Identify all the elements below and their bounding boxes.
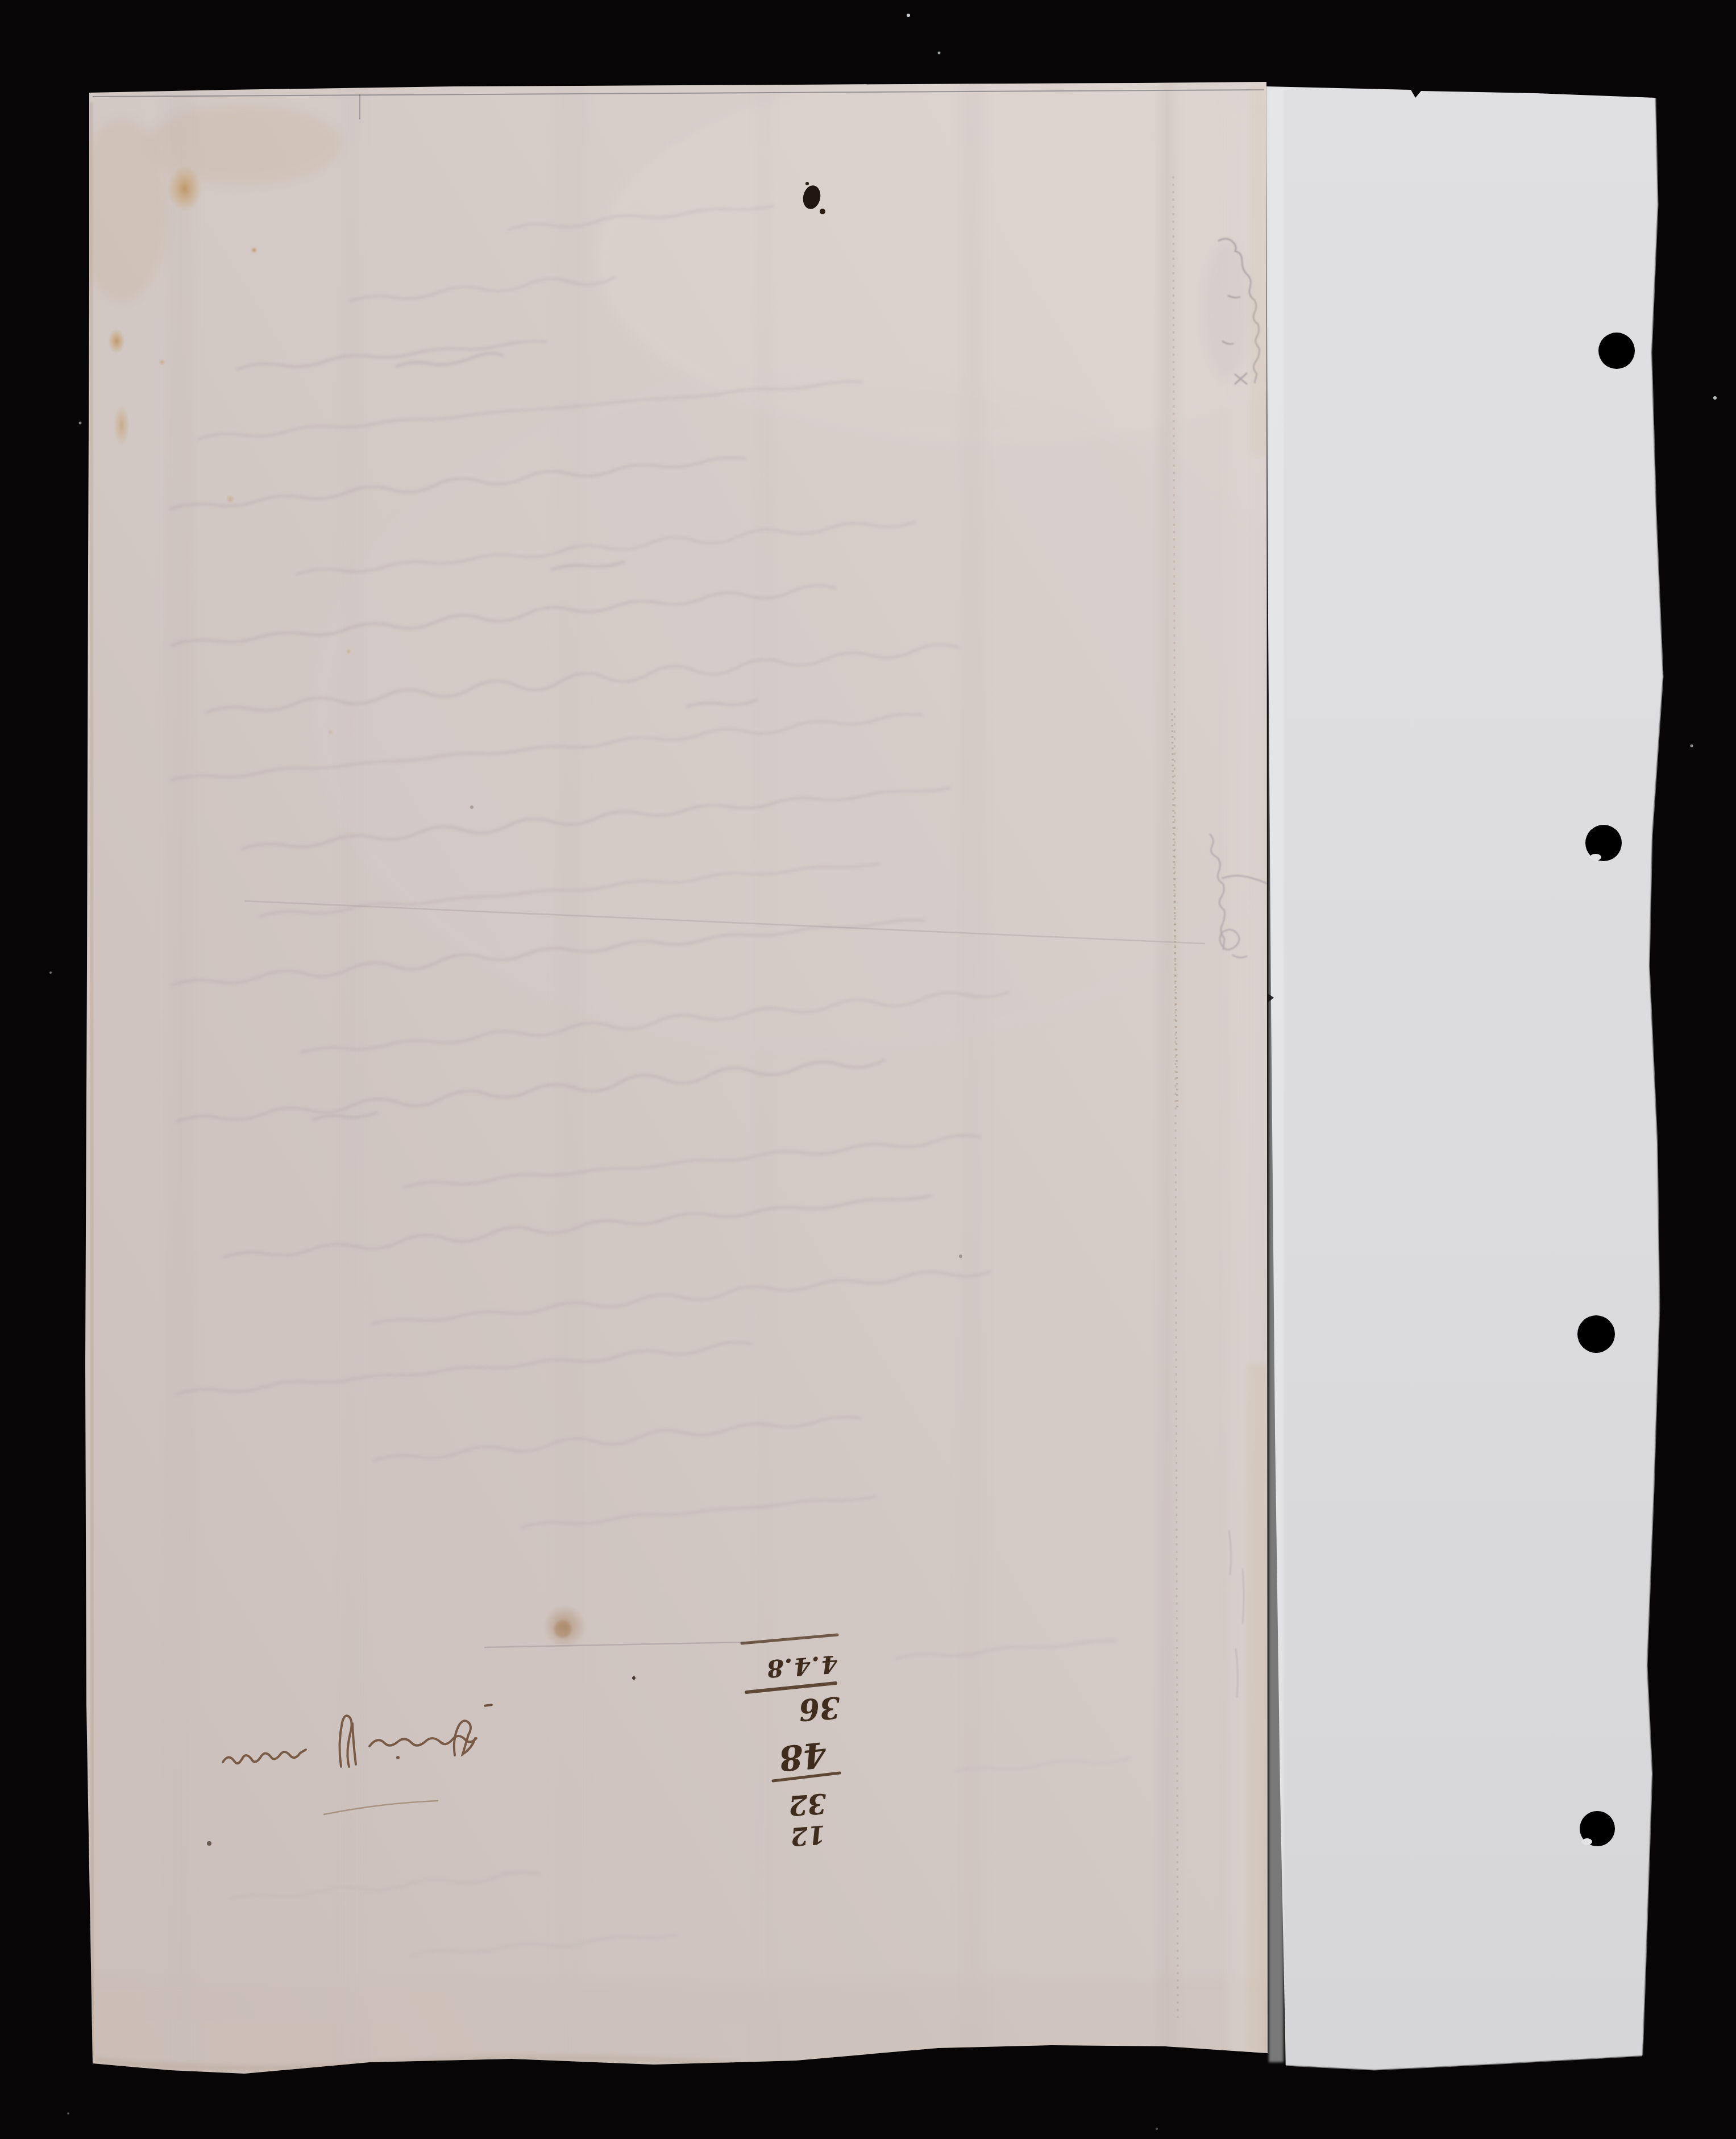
arithmetic-value: 32 (787, 1787, 828, 1822)
arithmetic-total: 4.4.8 (765, 1650, 839, 1683)
punch-hole-3 (1577, 1315, 1615, 1353)
manuscript-page (77, 68, 1393, 2080)
arithmetic-value: 48 (777, 1734, 828, 1778)
backing-sheet (1266, 86, 1663, 2070)
punch-hole-burr (1582, 1838, 1592, 1845)
backing-sheet-paper (1266, 86, 1663, 2070)
arithmetic-value: 36 (798, 1690, 841, 1727)
punch-hole-1 (1598, 333, 1635, 369)
arithmetic-value: 12 (790, 1819, 827, 1851)
sheet-left-highlight (1269, 89, 1284, 2062)
arithmetic-column: 12 32 48 36 4.4.8 (739, 1625, 842, 1851)
punch-hole-burr (1590, 854, 1601, 861)
scan-artwork (0, 0, 1736, 2139)
archival-scan: 12 32 48 36 4.4.8 (0, 0, 1736, 2139)
